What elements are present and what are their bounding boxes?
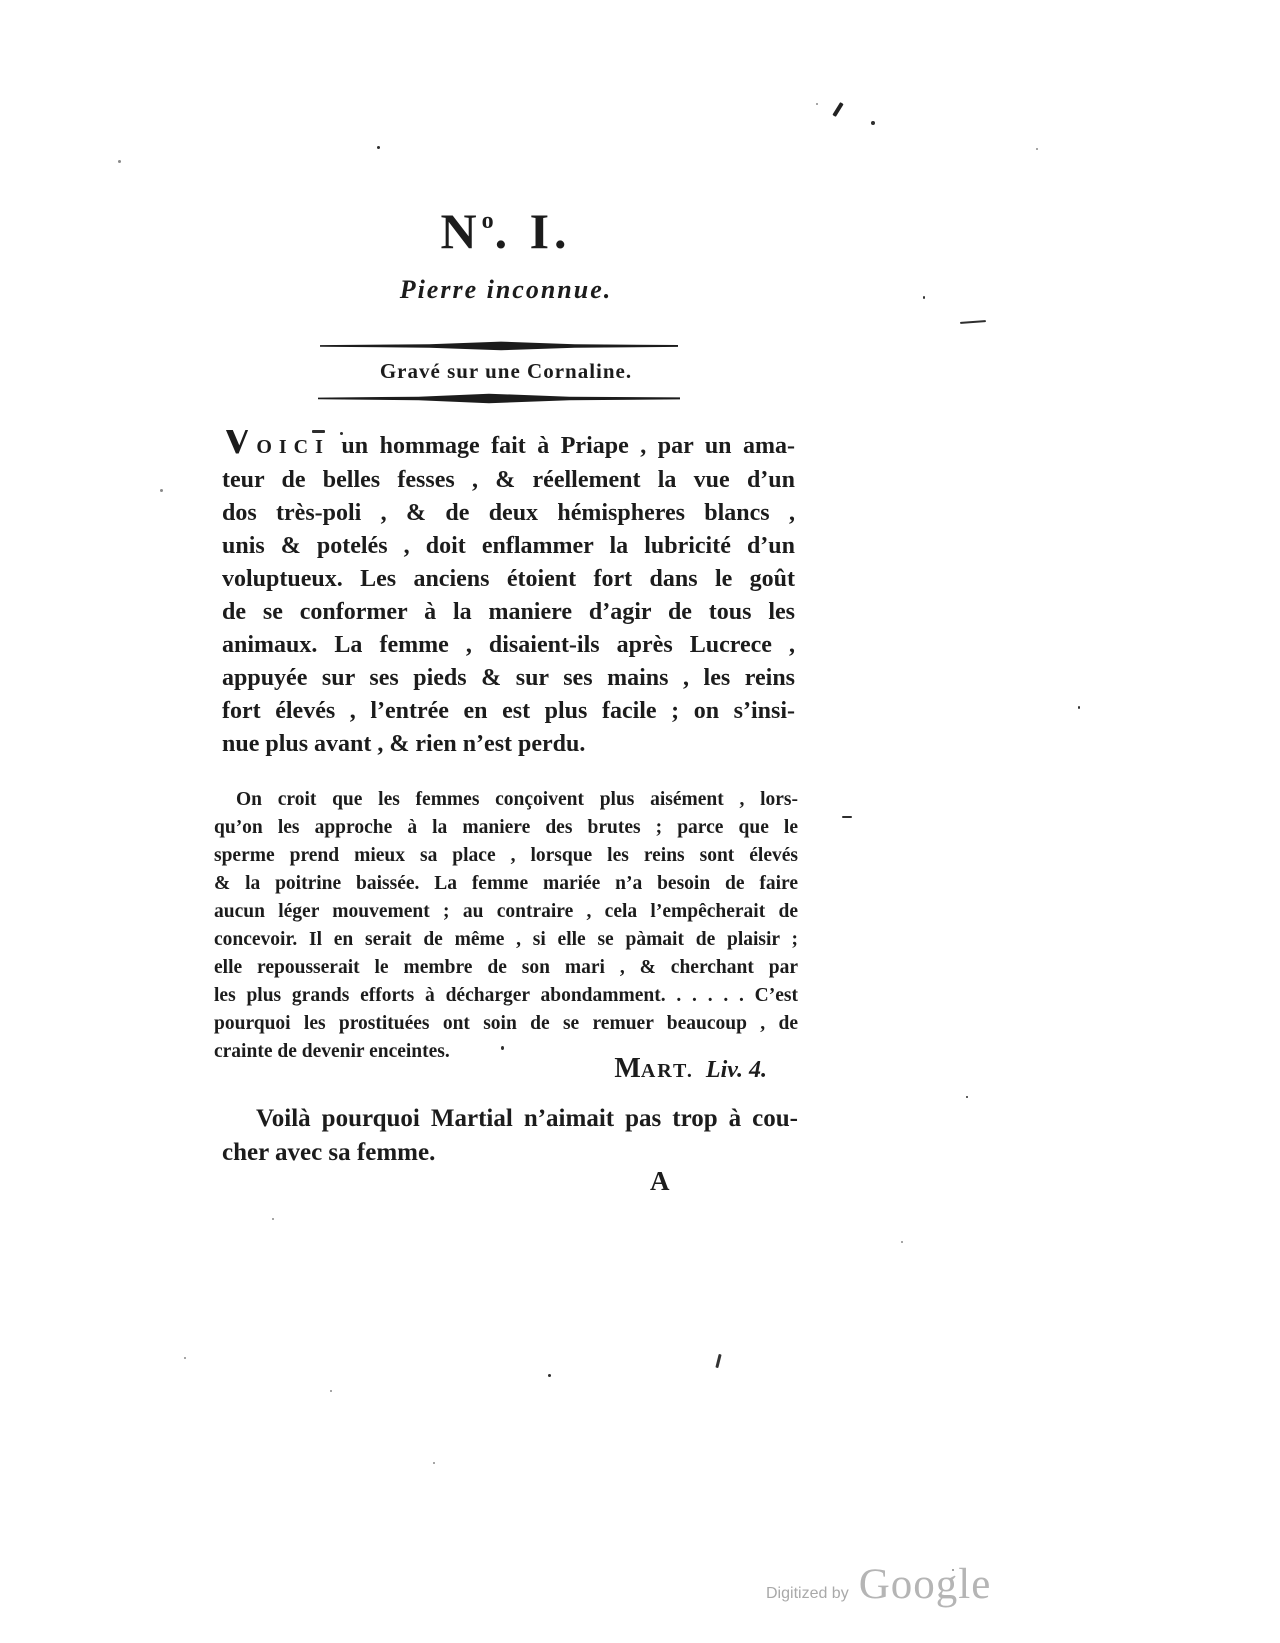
closing-paragraph: Voilà pourquoi Martial n’aimait pas trop… <box>222 1102 798 1170</box>
paragraph-lines: Voilà pourquoi Martial n’aimait pas trop… <box>222 1102 798 1170</box>
scan-speck <box>272 1218 274 1220</box>
scan-speck <box>715 1354 721 1368</box>
text-line: cher avec sa femme. <box>222 1136 798 1170</box>
title-suffix: . I. <box>495 203 572 259</box>
text-line: animaux. La femme , disaient-ils après L… <box>222 629 795 662</box>
text-line: unis & potelés , doit enflammer la lubri… <box>222 530 795 563</box>
drop-cap: V <box>222 430 252 463</box>
scan-speck <box>901 1241 903 1243</box>
scan-speck <box>184 1357 186 1359</box>
scan-speck <box>377 146 380 149</box>
text-line-first: VOICI un hommage fait à Priape , par un … <box>222 430 795 464</box>
first-line-text: un hommage fait à Priape , par un ama- <box>330 433 795 459</box>
swelled-rule-top <box>320 340 678 352</box>
scan-speck <box>952 1569 954 1571</box>
main-paragraph: VOICI un hommage fait à Priape , par un … <box>222 430 795 761</box>
work-reference: Liv. 4. <box>706 1057 767 1083</box>
text-line: fort élevés , l’entrée en est plus facil… <box>222 695 795 728</box>
scan-speck <box>1036 148 1038 150</box>
scanned-book-page: No. I. Pierre inconnue. Gravé sur une Co… <box>0 0 1280 1643</box>
text-line: de se conformer à la maniere d’agir de t… <box>222 596 795 629</box>
text-line: pourquoi les prostituées ont soin de se … <box>214 1010 798 1038</box>
lead-small-caps: OICI <box>256 436 330 458</box>
text-line: Voilà pourquoi Martial n’aimait pas trop… <box>222 1102 798 1136</box>
quotation-paragraph: On croit que les femmes conçoivent plus … <box>214 786 798 1066</box>
scan-speck <box>118 160 121 163</box>
page-title: No. I. <box>215 206 797 256</box>
scan-speck <box>816 103 818 105</box>
text-line: les plus grands efforts à décharger abon… <box>214 982 798 1010</box>
scan-speck <box>340 432 343 435</box>
scan-speck <box>960 320 986 324</box>
signature-mark: A <box>650 1166 670 1197</box>
author-name: ART. <box>641 1060 694 1082</box>
subtitle: Pierre inconnue. <box>215 274 797 305</box>
source-attribution: MART.Liv. 4. <box>215 1052 797 1086</box>
text-line: nue plus avant , & rien n’est perdu. <box>222 728 795 761</box>
text-line: concevoir. Il en serait de même , si ell… <box>214 926 798 954</box>
title-letter: N <box>440 203 481 259</box>
scan-speck <box>842 816 852 818</box>
text-line: & la poitrine baissée. La femme mariée n… <box>214 870 798 898</box>
text-line: qu’on les approche à la maniere des brut… <box>214 814 798 842</box>
scan-speck <box>871 121 875 125</box>
scan-speck <box>548 1374 551 1377</box>
digitized-by-label: Digitized by <box>766 1585 849 1603</box>
text-line: elle repousserait le membre de son mari … <box>214 954 798 982</box>
scan-speck <box>501 1046 504 1050</box>
scan-speck <box>1078 706 1080 709</box>
swelled-rule-bottom <box>318 392 680 405</box>
google-logo: Google <box>859 1563 992 1606</box>
google-watermark: Digitized by Google <box>766 1563 991 1606</box>
scan-speck <box>966 1096 968 1098</box>
scan-speck <box>330 1390 332 1392</box>
text-line: dos très-poli , & de deux hémispheres bl… <box>222 497 795 530</box>
title-ordinal: o <box>482 208 495 234</box>
text-line: voluptueux. Les anciens étoient fort dan… <box>222 563 795 596</box>
text-line: teur de belles fesses , & réellement la … <box>222 464 795 497</box>
text-line: On croit que les femmes conçoivent plus … <box>214 786 798 814</box>
paragraph-lines: On croit que les femmes conçoivent plus … <box>214 786 798 1066</box>
text-line: sperme prend mieux sa place , lorsque le… <box>214 842 798 870</box>
scan-speck <box>160 489 163 492</box>
paragraph-lines: teur de belles fesses , & réellement la … <box>222 464 795 761</box>
author-initial: M <box>614 1053 640 1084</box>
scan-speck <box>923 296 925 299</box>
engraving-caption: Gravé sur une Cornaline. <box>215 359 797 384</box>
scan-speck <box>832 102 843 117</box>
text-line: appuyée sur ses pieds & sur ses mains , … <box>222 662 795 695</box>
text-line: aucun léger mouvement ; au contraire , c… <box>214 898 798 926</box>
scan-speck <box>433 1462 435 1464</box>
scan-speck <box>312 430 325 433</box>
